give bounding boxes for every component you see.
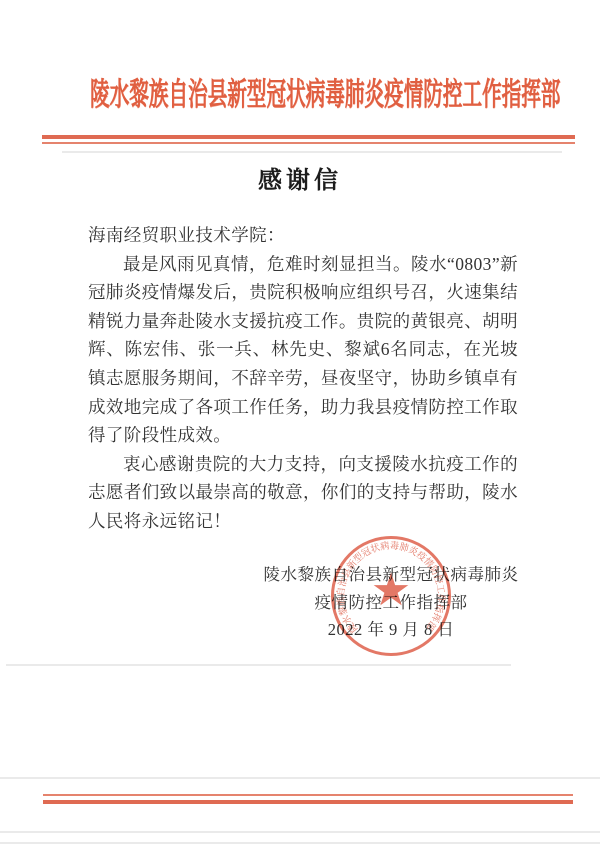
official-seal: 陵水黎族自治县新型冠状病毒肺炎疫情防控工作指挥部	[328, 533, 454, 659]
scan-streak	[6, 664, 511, 666]
footer-divider-thin-line	[43, 794, 573, 796]
scan-streak	[0, 831, 600, 833]
header-divider-thick-line	[42, 135, 575, 139]
star-icon	[374, 573, 409, 606]
letter-page: 陵水黎族自治县新型冠状病毒肺炎疫情防控工作指挥部 感谢信 海南经贸职业技术学院：…	[0, 0, 600, 848]
header-divider-thin-line	[42, 142, 575, 144]
letterhead-org-name: 陵水黎族自治县新型冠状病毒肺炎疫情防控工作指挥部	[90, 70, 510, 115]
letter-title: 感谢信	[0, 160, 600, 195]
salutation: 海南经贸职业技术学院：	[88, 221, 518, 250]
footer-divider	[43, 794, 573, 804]
scan-streak	[0, 777, 600, 779]
scan-streak	[62, 151, 562, 153]
body-paragraph-1: 最是风雨见真情，危难时刻显担当。陵水“0803”新冠肺炎疫情爆发后，贵院积极响应…	[88, 250, 518, 450]
header-divider	[42, 135, 575, 144]
footer-divider-thick-line	[43, 800, 573, 804]
scan-streak	[0, 842, 600, 844]
letter-body: 海南经贸职业技术学院： 最是风雨见真情，危难时刻显担当。陵水“0803”新冠肺炎…	[88, 221, 518, 536]
body-paragraph-2: 衷心感谢贵院的大力支持，向支援陵水抗疫工作的志愿者们致以最崇高的敬意，你们的支持…	[88, 450, 518, 536]
